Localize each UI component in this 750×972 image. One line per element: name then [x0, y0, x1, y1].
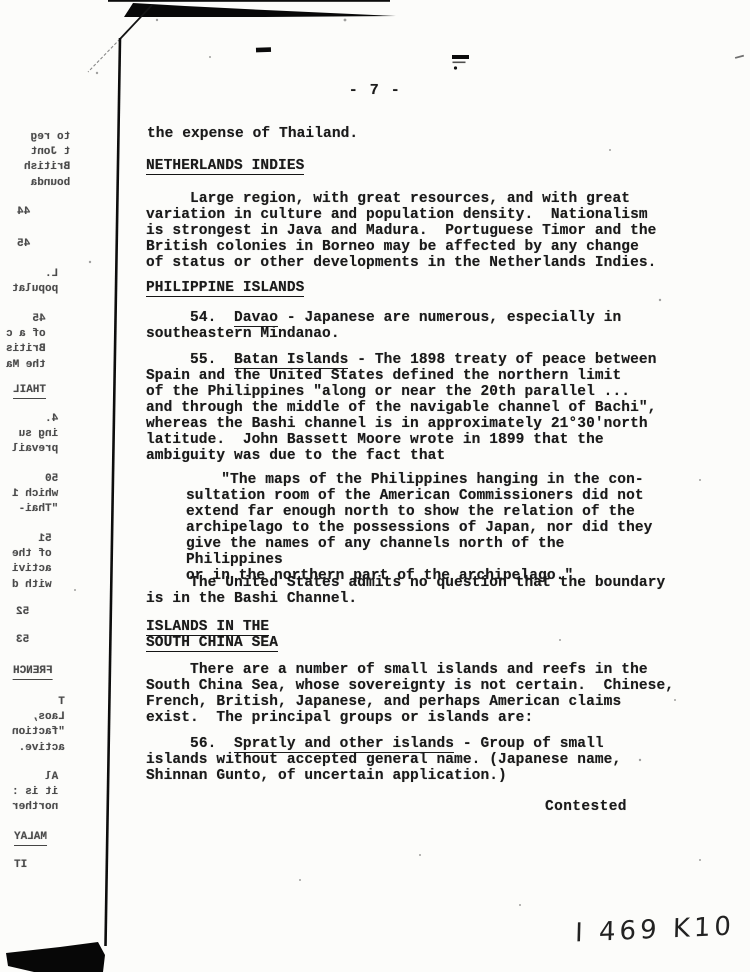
- margin-bleed-heading: MALAY: [14, 830, 47, 846]
- margin-bleed-text: L. populat: [12, 267, 58, 297]
- paragraph-item-56: 56. Spratly and other islands - Group of…: [146, 736, 621, 784]
- page-number: - 7 -: [320, 83, 430, 99]
- margin-bleed-heading: THAIL: [13, 383, 46, 399]
- scan-mark-right-tick: [735, 55, 744, 59]
- item-title-batan-islands: Batan Islands: [234, 352, 348, 369]
- paragraph-islands: There are a number of small islands and …: [146, 662, 674, 726]
- heading-text: NETHERLANDS INDIES: [146, 158, 304, 175]
- scan-artifact-bottom-blob: [6, 942, 105, 972]
- scan-artifact-top-edge-line: [108, 0, 390, 2]
- paragraph-item-54: 54. Davao - Japanese are numerous, espec…: [146, 310, 621, 342]
- paragraph-item-55: 55. Batan Islands - The 1898 treaty of p…: [146, 352, 657, 464]
- item-number: 55.: [146, 352, 234, 368]
- margin-bleed-text: to reg t Jont British bounda: [24, 130, 70, 191]
- heading-philippine-islands: PHILIPPINE ISLANDS: [146, 280, 304, 296]
- margin-bleed-text: 44: [17, 205, 30, 220]
- margin-bleed-text: 51 of the activi with d: [12, 532, 52, 593]
- margin-bleed-text: 45: [17, 237, 30, 252]
- item-title-spratly: Spratly and other islands: [234, 736, 454, 753]
- item-body: - The 1898 treaty of peace between Spain…: [146, 352, 657, 464]
- margin-bleed-text: 4. ing su prevail: [12, 412, 58, 458]
- item-number: 54.: [146, 310, 234, 326]
- margin-bleed-heading: FRENCH: [13, 664, 53, 680]
- scan-artifact-fold-line-faint: [88, 39, 120, 72]
- margin-bleed-text: 45 of a c Britis the Ma: [6, 312, 46, 373]
- margin-bleed-text: 50 which 1 "Thai-: [12, 472, 58, 518]
- heading-text: PHILIPPINE ISLANDS: [146, 280, 304, 297]
- heading-text-line1: ISLANDS IN THE: [146, 619, 269, 636]
- scan-mark-equals: [452, 55, 469, 70]
- paragraph-intro: the expense of Thailand.: [147, 126, 358, 142]
- margin-bleed-text: Al it is : norther: [12, 770, 58, 816]
- heading-netherlands-indies: NETHERLANDS INDIES: [146, 158, 304, 174]
- scan-artifact-page-edge-line: [106, 38, 121, 946]
- scan-artifact-fold-line: [120, 5, 152, 39]
- item-number: 56.: [146, 736, 234, 752]
- item-title-davao: Davao: [234, 310, 278, 327]
- margin-bleed-text: T Laos, "faction active.: [12, 695, 65, 756]
- blockquote-moore: "The maps of the Philippines hanging in …: [186, 472, 666, 584]
- catchword-contested: Contested: [545, 799, 627, 815]
- margin-bleed-text: IT: [14, 858, 27, 873]
- margin-bleed-text: 52: [16, 605, 29, 620]
- handwritten-reference: I 469 K10: [575, 911, 736, 948]
- paragraph-netherlands: Large region, with great resources, and …: [146, 191, 656, 271]
- heading-islands-south-china-sea: ISLANDS IN THESOUTH CHINA SEA: [146, 619, 278, 651]
- scanned-document-page: to reg t Jont British bounda 44 45 L. po…: [0, 0, 750, 972]
- scan-mark-dash: [256, 47, 271, 52]
- heading-text-line2: SOUTH CHINA SEA: [146, 635, 278, 652]
- paragraph-boundary: The United States admits no question tha…: [146, 575, 665, 607]
- scan-artifact-top-wedge: [124, 3, 396, 17]
- margin-bleed-text: 53: [16, 633, 29, 648]
